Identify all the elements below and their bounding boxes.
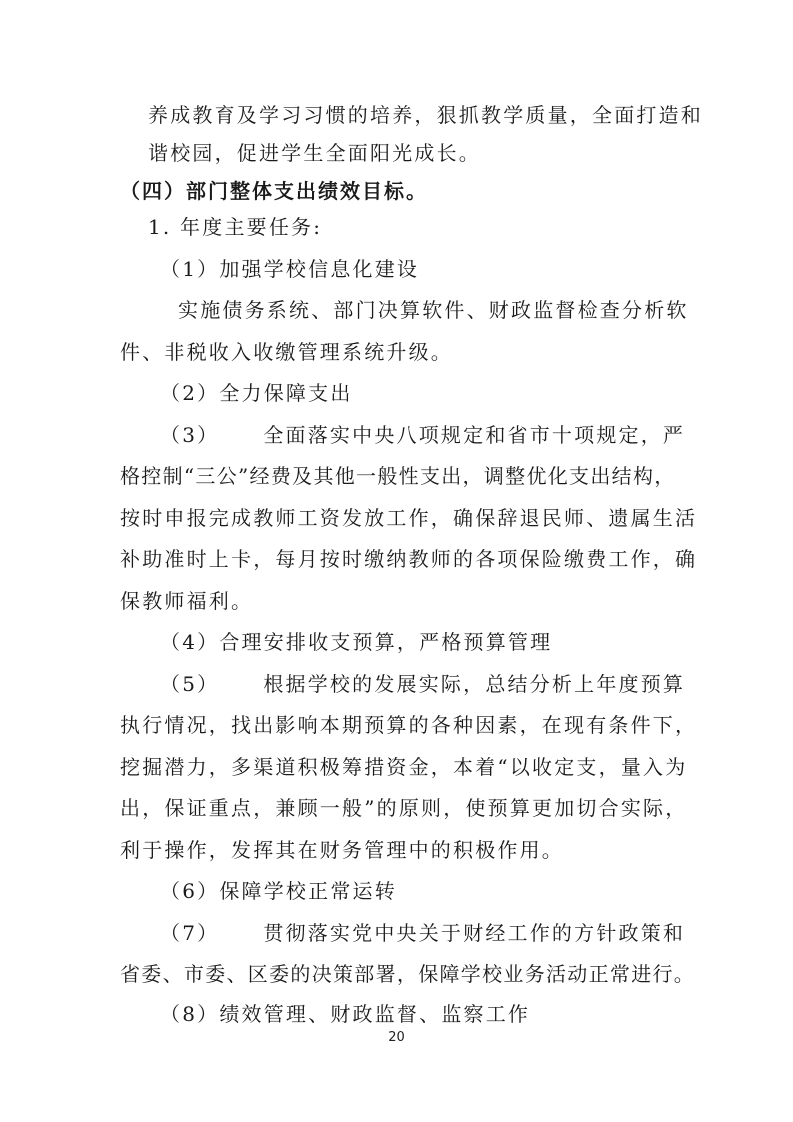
item-4-heading: （4）合理安排收支预算，严格预算管理 xyxy=(160,630,552,654)
paragraph-line: 养成教育及学习习惯的培养，狠抓教学质量，全面打造和 xyxy=(148,103,703,127)
paragraph-line: 保教师福利。 xyxy=(120,589,253,613)
item-label: （1） xyxy=(160,257,219,281)
paragraph-line: 按时申报完成教师工资发放工作，确保辞退民师、遗属生活 xyxy=(120,506,697,530)
item-label: （6） xyxy=(160,879,219,903)
paragraph-line: 实施债务系统、部门决算软件、财政监督检查分析软 xyxy=(178,298,689,322)
item-6-heading: （6）保障学校正常运转 xyxy=(160,879,397,903)
document-page: 养成教育及学习习惯的培养，狠抓教学质量，全面打造和 谐校园，促进学生全面阳光成长… xyxy=(0,0,793,1122)
item-title: 全力保障支出 xyxy=(219,381,352,405)
paragraph-line: 执行情况，找出影响本期预算的各种因素，在现有条件下， xyxy=(120,713,697,737)
item-label: （4） xyxy=(160,630,219,654)
paragraph-line: 格控制“三公”经费及其他一般性支出，调整优化支出结构， xyxy=(120,464,676,488)
item-label: （3） xyxy=(160,423,219,447)
item-title: 保障学校正常运转 xyxy=(219,879,397,903)
item-title: 加强学校信息化建设 xyxy=(219,257,419,281)
paragraph-line: 利于操作，发挥其在财务管理中的积极作用。 xyxy=(120,838,564,862)
section-heading: （四）部门整体支出绩效目标。 xyxy=(120,179,428,203)
paragraph-line: 件、非税收入收缴管理系统升级。 xyxy=(120,340,453,364)
item-first-line: 全面落实中央八项规定和省市十项规定，严 xyxy=(263,423,685,447)
item-title: 合理安排收支预算，严格预算管理 xyxy=(219,630,552,654)
item-first-line: 根据学校的发展实际，总结分析上年度预算 xyxy=(263,672,685,696)
item-title: 绩效管理、财政监督、监察工作 xyxy=(219,1002,530,1026)
item-7-heading: （7）贯彻落实党中央关于财经工作的方针政策和 xyxy=(160,921,685,945)
item-5-heading: （5）根据学校的发展实际，总结分析上年度预算 xyxy=(160,672,685,696)
item-3-heading: （3）全面落实中央八项规定和省市十项规定，严 xyxy=(160,423,685,447)
page-number: 20 xyxy=(0,1030,793,1045)
item-first-line: 贯彻落实党中央关于财经工作的方针政策和 xyxy=(263,921,685,945)
item-label: （2） xyxy=(160,381,219,405)
paragraph-line: 出，保证重点，兼顾一般”的原则，使预算更加切合实际， xyxy=(120,796,687,820)
item-label: （7） xyxy=(160,921,219,945)
item-8-heading: （8）绩效管理、财政监督、监察工作 xyxy=(160,1002,530,1026)
paragraph-line: 谐校园，促进学生全面阳光成长。 xyxy=(148,141,481,165)
item-label: （5） xyxy=(160,672,219,696)
item-label: （8） xyxy=(160,1002,219,1026)
item-1-heading: （1）加强学校信息化建设 xyxy=(160,257,419,281)
paragraph-line: 补助准时上卡，每月按时缴纳教师的各项保险缴费工作，确 xyxy=(120,547,697,571)
paragraph-line: 挖掘潜力，多渠道积极筹措资金，本着“以收定支，量入为 xyxy=(120,755,687,779)
task-title: 1. 年度主要任务: xyxy=(148,215,322,239)
item-2-heading: （2）全力保障支出 xyxy=(160,381,353,405)
paragraph-line: 省委、市委、区委的决策部署，保障学校业务活动正常进行。 xyxy=(120,962,695,986)
